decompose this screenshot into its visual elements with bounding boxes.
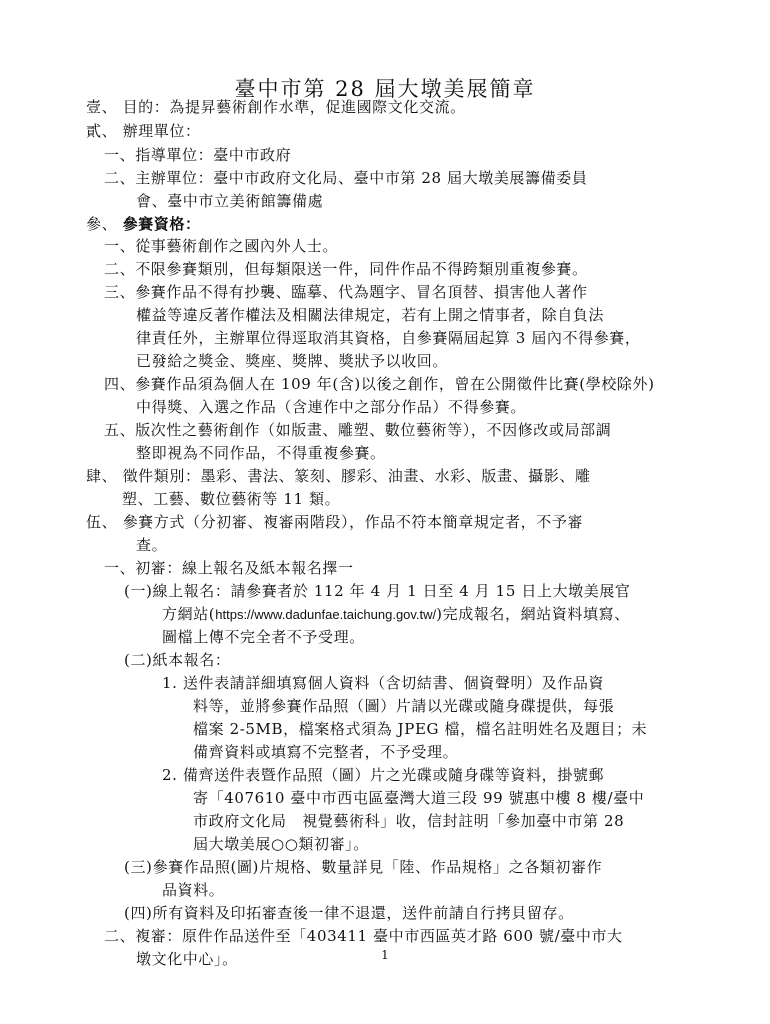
text-line: 三、參賽作品不得有抄襲、臨摹、代為題字、冒名頂替、損害他人著作 bbox=[104, 282, 588, 302]
text-line: 二、主辦單位：臺中市政府文化局、臺中市第 28 屆大墩美展籌備委員 bbox=[104, 168, 587, 188]
line-text: 圖檔上傳不完全者不予受理。 bbox=[162, 628, 365, 646]
text-line: 已發給之獎金、獎座、獎牌、獎狀予以收回。 bbox=[136, 351, 448, 371]
line-text: 1. 送件表請詳細填寫個人資料（含切結書、個資聲明）及作品資 bbox=[162, 674, 604, 692]
text-line: 寄「407610 臺中市西屯區臺灣大道三段 99 號惠中樓 8 樓/臺中 bbox=[193, 788, 644, 808]
text-line: 整即視為不同作品，不得重複參賽。 bbox=[136, 443, 386, 463]
section-heading: 參賽資格： bbox=[123, 215, 201, 233]
text-line: 肆、 徵件類別：墨彩、書法、篆刻、膠彩、油畫、水彩、版畫、攝影、雕 bbox=[86, 466, 591, 486]
text-line: (二)紙本報名： bbox=[124, 650, 231, 670]
line-text: 屆大墩美展○○類初審」。 bbox=[193, 835, 369, 853]
line-text: (三)參賽作品照(圖)片規格、數量詳見「陸、作品規格」之各類初審作 bbox=[124, 858, 602, 876]
line-text: 權益等違反著作權法及相關法律規定，若有上開之情事者，除自負法 bbox=[136, 306, 604, 324]
line-text: 會、臺中市立美術館籌備處 bbox=[136, 192, 323, 210]
text-line: 律責任外，主辦單位得逕取消其資格，自參賽隔屆起算 3 屆內不得參賽， bbox=[136, 328, 640, 348]
line-text: 2. 備齊送件表暨作品照（圖）片之光碟或隨身碟等資料，掛號郵 bbox=[162, 766, 604, 784]
text-line: 二、不限參賽類別，但每類限送一件，同件作品不得跨類別重複參賽。 bbox=[104, 259, 588, 279]
text-line: 圖檔上傳不完全者不予受理。 bbox=[162, 627, 365, 647]
line-text: 一、初審：線上報名及紙本報名擇一 bbox=[104, 559, 354, 577]
text-line: 五、版次性之藝術創作（如版畫、雕塑、數位藝術等），不因修改或局部調 bbox=[104, 420, 611, 440]
line-text: 三、參賽作品不得有抄襲、臨摹、代為題字、冒名頂替、損害他人著作 bbox=[104, 283, 588, 301]
text-line: 一、指導單位：臺中市政府 bbox=[104, 145, 291, 165]
text-line: 一、從事藝術創作之國內外人士。 bbox=[104, 236, 338, 256]
text-line: 備齊資料或填寫不完整者，不予受理。 bbox=[193, 742, 458, 762]
line-text: 已發給之獎金、獎座、獎牌、獎狀予以收回。 bbox=[136, 352, 448, 370]
line-text: 伍、 參賽方式（分初審、複審兩階段），作品不符本簡章規定者，不予審 bbox=[86, 513, 583, 531]
line-text: 律責任外，主辦單位得逕取消其資格，自參賽隔屆起算 3 屆內不得參賽， bbox=[136, 329, 640, 347]
text-line: 料等，並將參賽作品照（圖）片請以光碟或隨身碟提供，每張 bbox=[193, 696, 614, 716]
text-line: 屆大墩美展○○類初審」。 bbox=[193, 834, 369, 854]
line-text: 寄「407610 臺中市西屯區臺灣大道三段 99 號惠中樓 8 樓/臺中 bbox=[193, 789, 644, 807]
line-text-suffix: )完成報名，網站資料填寫、 bbox=[436, 605, 630, 623]
line-text: 料等，並將參賽作品照（圖）片請以光碟或隨身碟提供，每張 bbox=[193, 697, 614, 715]
text-line: 2. 備齊送件表暨作品照（圖）片之光碟或隨身碟等資料，掛號郵 bbox=[162, 765, 604, 785]
text-line: 查。 bbox=[136, 535, 167, 555]
line-text: 參、 bbox=[86, 215, 123, 233]
line-text: 二、複審：原件作品送件至「403411 臺中市西區英才路 600 號/臺中市大 bbox=[104, 927, 623, 945]
line-text: 二、主辦單位：臺中市政府文化局、臺中市第 28 屆大墩美展籌備委員 bbox=[104, 169, 587, 187]
line-text: 二、不限參賽類別，但每類限送一件，同件作品不得跨類別重複參賽。 bbox=[104, 260, 588, 278]
line-text: 品資料。 bbox=[162, 881, 224, 899]
text-line: 品資料。 bbox=[162, 880, 224, 900]
line-text: 中得獎、入選之作品（含連作中之部分作品）不得參賽。 bbox=[136, 398, 526, 416]
text-line: 檔案 2-5MB，檔案格式須為 JPEG 檔，檔名註明姓名及題目；未 bbox=[193, 719, 647, 739]
line-text: 五、版次性之藝術創作（如版畫、雕塑、數位藝術等），不因修改或局部調 bbox=[104, 421, 611, 439]
text-line: 市政府文化局 視覺藝術科」收，信封註明「參加臺中市第 28 bbox=[193, 811, 624, 831]
text-line: 權益等違反著作權法及相關法律規定，若有上開之情事者，除自負法 bbox=[136, 305, 604, 325]
line-text: 塑、工藝、數位藝術等 11 類。 bbox=[122, 490, 340, 508]
text-line: 1. 送件表請詳細填寫個人資料（含切結書、個資聲明）及作品資 bbox=[162, 673, 604, 693]
page-number: 1 bbox=[0, 948, 770, 962]
text-line: 一、初審：線上報名及紙本報名擇一 bbox=[104, 558, 354, 578]
text-line: 四、參賽作品須為個人在 109 年(含)以後之創作，曾在公開徵件比賽(學校除外) bbox=[104, 374, 655, 394]
line-text: 貳、 辦理單位： bbox=[86, 122, 201, 140]
text-line: 貳、 辦理單位： bbox=[86, 121, 201, 141]
website-link[interactable]: https://www.dadunfae.taichung.gov.tw/ bbox=[215, 607, 436, 622]
text-line: 方網站(https://www.dadunfae.taichung.gov.tw… bbox=[162, 604, 630, 625]
text-line: (四)所有資料及印拓審查後一律不退還，送件前請自行拷貝留存。 bbox=[124, 903, 574, 923]
line-text: 檔案 2-5MB，檔案格式須為 JPEG 檔，檔名註明姓名及題目；未 bbox=[193, 720, 647, 738]
text-line: (一)線上報名：請參賽者於 112 年 4 月 1 日至 4 月 15 日上大墩… bbox=[124, 581, 631, 601]
line-text: 市政府文化局 視覺藝術科」收，信封註明「參加臺中市第 28 bbox=[193, 812, 624, 830]
line-text: 四、參賽作品須為個人在 109 年(含)以後之創作，曾在公開徵件比賽(學校除外) bbox=[104, 375, 655, 393]
line-text: 一、從事藝術創作之國內外人士。 bbox=[104, 237, 338, 255]
line-text: 查。 bbox=[136, 536, 167, 554]
line-text: 備齊資料或填寫不完整者，不予受理。 bbox=[193, 743, 458, 761]
line-text: (二)紙本報名： bbox=[124, 651, 231, 669]
text-line: 壹、 目的：為提昇藝術創作水準，促進國際文化交流。 bbox=[86, 97, 466, 117]
text-line: 伍、 參賽方式（分初審、複審兩階段），作品不符本簡章規定者，不予審 bbox=[86, 512, 583, 532]
line-text: 一、指導單位：臺中市政府 bbox=[104, 146, 291, 164]
text-line: 參、 參賽資格： bbox=[86, 214, 201, 234]
text-line: (三)參賽作品照(圖)片規格、數量詳見「陸、作品規格」之各類初審作 bbox=[124, 857, 602, 877]
line-text: 整即視為不同作品，不得重複參賽。 bbox=[136, 444, 386, 462]
line-text: (四)所有資料及印拓審查後一律不退還，送件前請自行拷貝留存。 bbox=[124, 904, 574, 922]
line-text: (一)線上報名：請參賽者於 112 年 4 月 1 日至 4 月 15 日上大墩… bbox=[124, 582, 631, 600]
line-text: 壹、 目的：為提昇藝術創作水準，促進國際文化交流。 bbox=[86, 98, 466, 116]
text-line: 二、複審：原件作品送件至「403411 臺中市西區英才路 600 號/臺中市大 bbox=[104, 926, 623, 946]
line-text: 肆、 徵件類別：墨彩、書法、篆刻、膠彩、油畫、水彩、版畫、攝影、雕 bbox=[86, 467, 591, 485]
text-line: 中得獎、入選之作品（含連作中之部分作品）不得參賽。 bbox=[136, 397, 526, 417]
line-text: 方網站( bbox=[162, 605, 215, 623]
document-page: 臺中市第 28 屆大墩美展簡章 壹、 目的：為提昇藝術創作水準，促進國際文化交流… bbox=[0, 0, 770, 1024]
text-line: 會、臺中市立美術館籌備處 bbox=[136, 191, 323, 211]
text-line: 塑、工藝、數位藝術等 11 類。 bbox=[122, 489, 340, 509]
